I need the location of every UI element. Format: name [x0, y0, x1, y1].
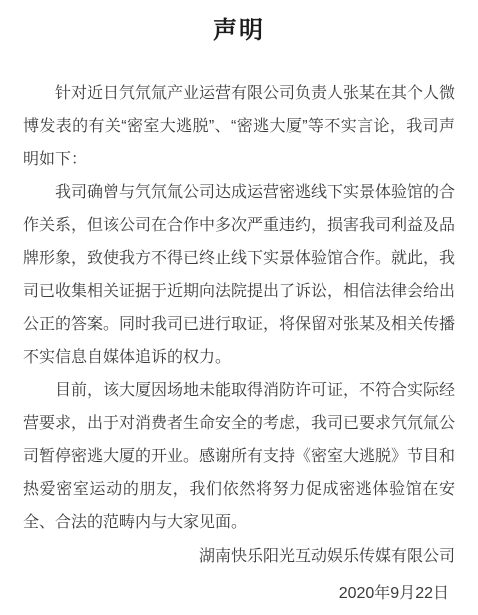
signature-block: 湖南快乐阳光互动娱乐传媒有限公司 2020年9月22日	[0, 540, 478, 610]
statement-paragraph-cooperation: 我司确曾与氕氘氚公司达成运营密逃线下实景体验馆的合作关系，但该公司在合作中多次严…	[23, 176, 455, 374]
statement-paragraph-safety: 目前，该大厦因场地未能取得消防许可证，不符合实际经营要求，出于对消费者生命安全的…	[23, 374, 455, 539]
statement-body: 针对近日氕氘氚产业运营有限公司负责人张某在其个人微博发表的有关“密室大逃脱”、“…	[0, 77, 478, 539]
statement-document: 声明 针对近日氕氘氚产业运营有限公司负责人张某在其个人微博发表的有关“密室大逃脱…	[0, 0, 478, 615]
statement-paragraph-intro: 针对近日氕氘氚产业运营有限公司负责人张某在其个人微博发表的有关“密室大逃脱”、“…	[23, 77, 455, 176]
signature-company: 湖南快乐阳光互动娱乐传媒有限公司	[23, 540, 455, 573]
statement-title: 声明	[0, 0, 478, 46]
signature-date: 2020年9月22日	[23, 577, 455, 610]
